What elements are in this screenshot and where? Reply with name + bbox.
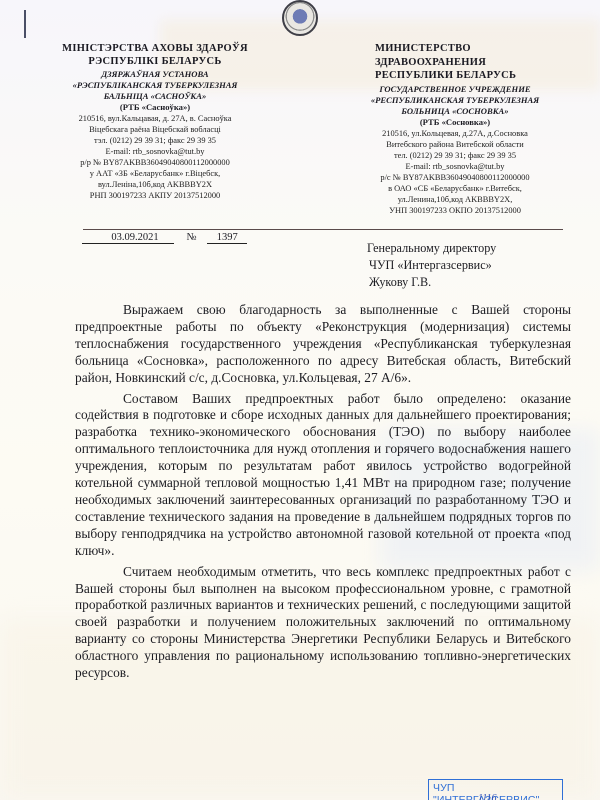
stamp-handwritten-number: 1116 [478, 793, 497, 800]
phone-line: тел. (0212) 29 39 31; факс 29 39 35 [345, 150, 565, 161]
state-emblem-icon [282, 0, 318, 36]
number-sign: № [187, 232, 197, 243]
phone-line: тэл. (0212) 29 39 31; факс 29 39 35 [50, 135, 260, 146]
institution-short-by: (РТБ «Сасноўка») [50, 102, 260, 113]
registration-line: 03.09.2021 № 1397 [82, 232, 247, 244]
body-paragraph: Составом Ваших предпроектных работ было … [75, 391, 571, 560]
address-line: Витебского района Витебской области [345, 139, 565, 150]
institution-short-ru: (РТБ «Сосновка») [345, 117, 565, 128]
address-line: 210516, вул.Кальцавая, д. 27А, в. Сасноў… [50, 113, 260, 124]
addressee-block: Генеральному директору ЧУП «Интергазсерв… [367, 240, 496, 291]
tax-id-line: УНП 300197233 ОКПО 20137512000 [345, 205, 565, 216]
bank-line: в ОАО «СБ «Беларусбанк» г.Витебск, [345, 183, 565, 194]
ministry-name-ru: МИНИСТЕРСТВО ЗДРАВООХРАНЕНИЯ РЕСПУБЛИКИ … [345, 42, 565, 83]
addressee-name: Жукову Г.В. [367, 274, 496, 291]
letter-body: Выражаем свою благодарность за выполненн… [75, 302, 571, 682]
body-paragraph: Выражаем свою благодарность за выполненн… [75, 302, 571, 387]
body-paragraph: Считаем необходимым отметить, что весь к… [75, 564, 571, 682]
bank-address-line: ул.Ленина,10б,код AKBBBY2X, [345, 194, 565, 205]
bank-address-line: вул.Леніна,10б,код AKBBBY2X [50, 179, 260, 190]
tax-id-line: РНП 300197233 АКПУ 20137512000 [50, 190, 260, 201]
letterhead-russian: МИНИСТЕРСТВО ЗДРАВООХРАНЕНИЯ РЕСПУБЛИКИ … [345, 42, 565, 216]
margin-pen-mark [24, 10, 26, 38]
addressee-organization: ЧУП «Интергазсервис» [367, 257, 496, 274]
bank-account-line: р/с № BY87AKBB36049040800112000000 [345, 172, 565, 183]
addressee-position: Генеральному директору [367, 240, 496, 257]
letter-date: 03.09.2021 [82, 232, 174, 244]
letter-number: 1397 [207, 232, 247, 244]
email-line: E-mail: rtb_sosnovka@tut.by [50, 146, 260, 157]
ministry-name-by: МІНІСТЭРСТВА АХОВЫ ЗДАРОЎЯ РЭСПУБЛІКІ БЕ… [50, 42, 260, 68]
institution-name-ru: ГОСУДАРСТВЕННОЕ УЧРЕЖДЕНИЕ «РЕСПУБЛИКАНС… [345, 84, 565, 117]
email-line: E-mail: rtb_sosnovka@tut.by [345, 161, 565, 172]
address-line: 210516, ул.Кольцевая, д.27А, д.Сосновка [345, 128, 565, 139]
institution-name-by: ДЗЯРЖАЎНАЯ УСТАНОВА «РЭСПУБЛІКАНСКАЯ ТУБ… [50, 69, 260, 102]
address-line: Віцебскага раёна Віцебскай вобласці [50, 124, 260, 135]
letterhead-belarusian: МІНІСТЭРСТВА АХОВЫ ЗДАРОЎЯ РЭСПУБЛІКІ БЕ… [50, 42, 260, 201]
bank-account-line: р/р № BY87AKBB36049040800112000000 [50, 157, 260, 168]
header-separator [83, 229, 563, 230]
bank-line: у ААТ «ЗБ «Беларусбанк» г.Віцебск, [50, 168, 260, 179]
